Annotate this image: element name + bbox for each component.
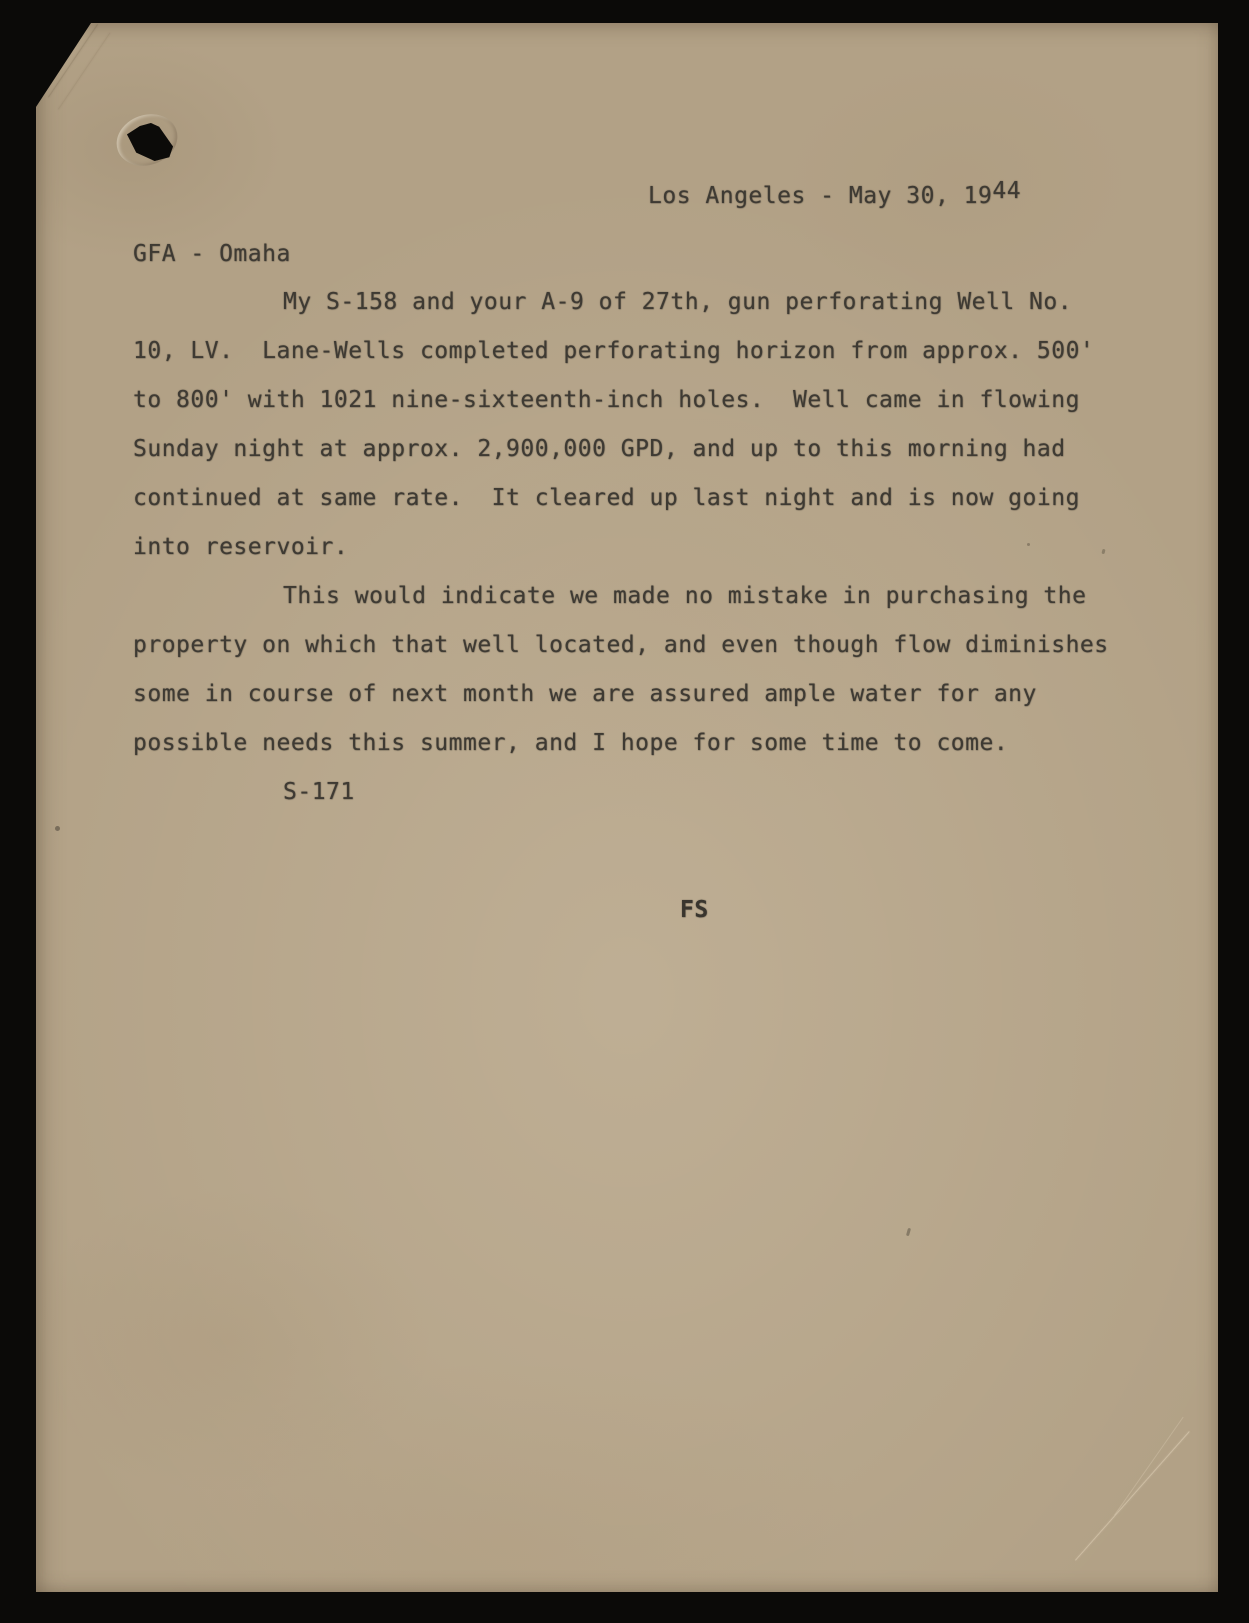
typed-line: to 800' with 1021 nine-sixteenth-inch ho… <box>133 387 1080 413</box>
typed-line: property on which that well located, and… <box>133 632 1109 658</box>
typed-line: possible needs this summer, and I hope f… <box>133 730 1008 756</box>
typed-line: continued at same rate. It cleared up la… <box>133 485 1080 511</box>
scan-background: Los Angeles - May 30, 1944 GFA - Omaha M… <box>0 0 1249 1623</box>
reference-number: S-171 <box>283 779 355 805</box>
ink-speck <box>1101 549 1105 555</box>
typed-line: Sunday night at approx. 2,900,000 GPD, a… <box>133 436 1066 462</box>
typed-line: 10, LV. Lane-Wells completed perforating… <box>133 338 1094 364</box>
typed-line: This would indicate we made no mistake i… <box>283 583 1086 609</box>
paper-crease <box>1114 1417 1184 1516</box>
typed-line: some in course of next month we are assu… <box>133 681 1037 707</box>
paper-crease <box>1075 1431 1190 1560</box>
ink-speck <box>906 1228 911 1237</box>
typed-line: into reservoir. <box>133 534 348 560</box>
typist-initials: FS <box>680 897 709 923</box>
recipient-line: GFA - Omaha <box>133 241 291 267</box>
typed-line: My S-158 and your A-9 of 27th, gun perfo… <box>283 289 1072 315</box>
ink-speck <box>1027 543 1030 546</box>
dateline: Los Angeles - May 30, 1944 <box>648 183 1021 209</box>
document-page: Los Angeles - May 30, 1944 GFA - Omaha M… <box>36 23 1218 1592</box>
ink-speck <box>55 826 60 831</box>
dateline-text: Los Angeles - May 30, 19 <box>648 183 992 209</box>
dateline-year: 44 <box>992 178 1021 204</box>
